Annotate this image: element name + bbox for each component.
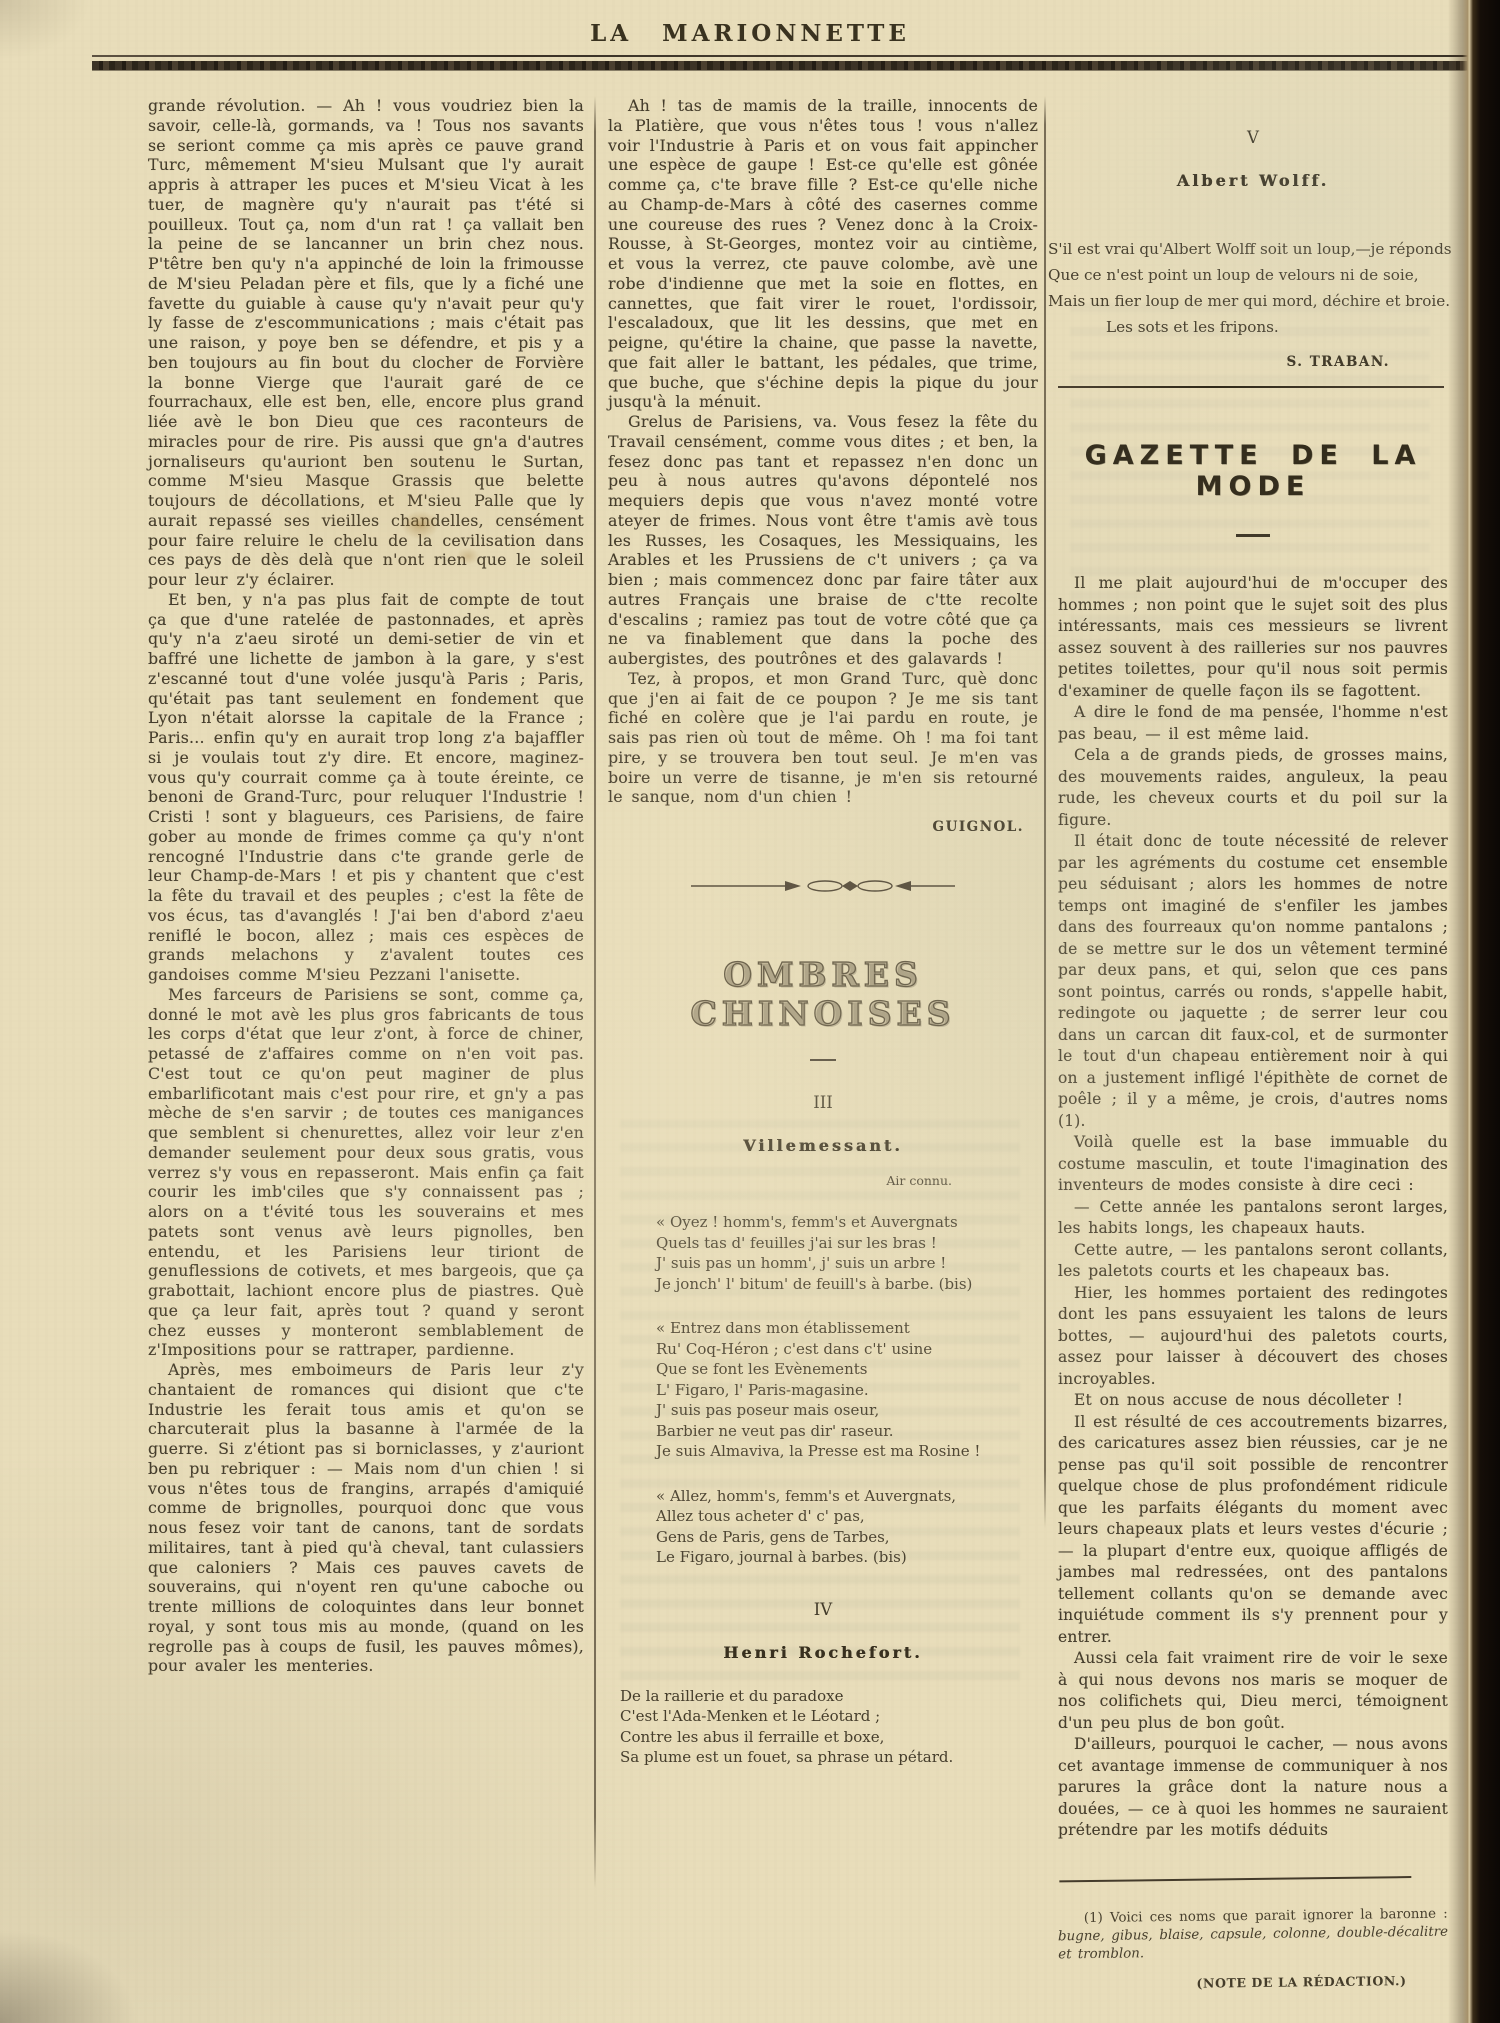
footnote-italic-terms: bugne, gibus, blaise, capsule, colonne, … bbox=[1058, 1924, 1448, 1962]
column-left: grande révolution. — Ah ! vous voudriez … bbox=[148, 96, 584, 1676]
section-name: Albert Wolff. bbox=[1058, 171, 1448, 190]
column-middle: Ah ! tas de mamis de la traille, innocen… bbox=[608, 96, 1038, 1768]
paragraph: Il est résulté de ces accoutrements biza… bbox=[1058, 1412, 1448, 1649]
column-divider bbox=[1044, 96, 1046, 1528]
section-number: IV bbox=[608, 1600, 1038, 1619]
section-name: Henri Rochefort. bbox=[608, 1643, 1038, 1662]
footnote-credit: (NOTE DE LA RÉDACTION.) bbox=[1059, 1973, 1449, 1993]
section-title-ombres-chinoises: OMBRES CHINOISES bbox=[608, 955, 1038, 1033]
verse-line: Sa plume est un fouet, sa phrase un péta… bbox=[620, 1747, 1038, 1768]
verse-line: C'est l'Ada-Menken et le Léotard ; bbox=[620, 1706, 1038, 1727]
fleuron-divider-icon bbox=[689, 875, 957, 897]
paragraph: Cela a de grands pieds, de grosses mains… bbox=[1058, 745, 1448, 831]
poem: S'il est vrai qu'Albert Wolff soit un lo… bbox=[1048, 236, 1452, 340]
paragraph: Voilà quelle est la base immuable du cos… bbox=[1058, 1132, 1448, 1197]
author-signature: S. TRABAN. bbox=[1058, 354, 1448, 370]
verse-line: Allez tous acheter d' c' pas, bbox=[656, 1506, 1038, 1527]
verse-line: Je suis Almaviva, la Presse est ma Rosin… bbox=[656, 1441, 1038, 1462]
paragraph: Il me plait aujourd'hui de m'occuper des… bbox=[1058, 573, 1448, 702]
stanza: De la raillerie et du paradoxe C'est l'A… bbox=[620, 1686, 1038, 1768]
verse-line: Que se font les Evènements bbox=[656, 1359, 1038, 1380]
scan-edge bbox=[1448, 0, 1500, 2023]
verse-line: Je jonch' l' bitum' de feuill's à barbe.… bbox=[656, 1274, 1038, 1295]
verse-line: Le Figaro, journal à barbes. (bis) bbox=[656, 1547, 1038, 1568]
stanza: « Oyez ! homm's, femm's et Auvergnats Qu… bbox=[656, 1212, 1038, 1294]
footnote-text: (1) Voici ces noms que parait ignorer la… bbox=[1058, 1905, 1449, 1964]
paragraph: A dire le fond de ma pensée, l'homme n'e… bbox=[1058, 702, 1448, 745]
footnote: (1) Voici ces noms que parait ignorer la… bbox=[1057, 1875, 1448, 1992]
stanza: « Entrez dans mon établissement Ru' Coq-… bbox=[656, 1318, 1038, 1462]
verse-line: J' suis pas un homm', j' suis un arbre ! bbox=[656, 1253, 1038, 1274]
paragraph: Tez, à propos, et mon Grand Turc, què do… bbox=[608, 669, 1038, 807]
title-dash bbox=[1236, 534, 1270, 537]
author-signature: GUIGNOL. bbox=[608, 819, 1038, 835]
paragraph: Et on nous accuse de nous décolleter ! bbox=[1058, 1390, 1448, 1412]
column-divider bbox=[594, 96, 596, 1888]
section-name: Villemessant. bbox=[608, 1136, 1038, 1155]
verse-line: « Oyez ! homm's, femm's et Auvergnats bbox=[656, 1212, 1038, 1233]
paragraph: — Cette année les pantalons seront large… bbox=[1058, 1197, 1448, 1240]
verse-line: Contre les abus il ferraille et boxe, bbox=[620, 1727, 1038, 1748]
verse-line: Les sots et les fripons. bbox=[1048, 314, 1452, 340]
verse-line: Gens de Paris, gens de Tarbes, bbox=[656, 1527, 1038, 1548]
verse-line: S'il est vrai qu'Albert Wolff soit un lo… bbox=[1048, 236, 1452, 262]
footnote-roman: (1) Voici ces noms que parait ignorer la… bbox=[1084, 1906, 1448, 1925]
paragraph: Grelus de Parisiens, va. Vous fesez la f… bbox=[608, 412, 1038, 669]
verse-line: « Allez, homm's, femm's et Auvergnats, bbox=[656, 1486, 1038, 1507]
paragraph: Cette autre, — les pantalons seront coll… bbox=[1058, 1240, 1448, 1283]
paragraph: Et ben, y n'a pas plus fait de compte de… bbox=[148, 590, 584, 985]
verse-line: « Entrez dans mon établissement bbox=[656, 1318, 1038, 1339]
masthead-rule bbox=[92, 55, 1500, 73]
stanza: « Allez, homm's, femm's et Auvergnats, A… bbox=[656, 1486, 1038, 1568]
page-corner-shadow bbox=[0, 1883, 190, 2023]
section-divider bbox=[810, 1059, 836, 1061]
column-right: V Albert Wolff. S'il est vrai qu'Albert … bbox=[1058, 96, 1448, 1990]
verse-line: Mais un fier loup de mer qui mord, déchi… bbox=[1048, 288, 1452, 314]
verse-line: Quels tas d' feuilles j'ai sur les bras … bbox=[656, 1233, 1038, 1254]
gazette-title: GAZETTE DE LA MODE bbox=[1058, 440, 1448, 502]
paragraph: Ah ! tas de mamis de la traille, innocen… bbox=[608, 96, 1038, 412]
paragraph: Mes farceurs de Parisiens se sont, comme… bbox=[148, 985, 584, 1360]
section-rule bbox=[1058, 386, 1444, 388]
footnote-rule bbox=[1059, 1876, 1411, 1882]
paragraph: D'ailleurs, pourquoi le cacher, — nous a… bbox=[1058, 1734, 1448, 1842]
verse-line: Que ce n'est point un loup de velours ni… bbox=[1048, 262, 1452, 288]
newspaper-page: LA MARIONNETTE grande révolution. — Ah !… bbox=[0, 0, 1500, 2023]
air-note: Air connu. bbox=[608, 1173, 1038, 1188]
verse-line: J' suis pas poseur mais oseur, bbox=[656, 1400, 1038, 1421]
section-number: III bbox=[608, 1093, 1038, 1112]
verse-line: Ru' Coq-Héron ; c'est dans c't' usine bbox=[656, 1339, 1038, 1360]
paragraph: Hier, les hommes portaient des redingote… bbox=[1058, 1283, 1448, 1391]
section-number: V bbox=[1058, 128, 1448, 147]
paragraph: Il était donc de toute nécessité de rele… bbox=[1058, 831, 1448, 1132]
verse-line: De la raillerie et du paradoxe bbox=[620, 1686, 1038, 1707]
paragraph: Aussi cela fait vraiment rire de voir le… bbox=[1058, 1648, 1448, 1734]
verse-line: L' Figaro, l' Paris-magasine. bbox=[656, 1380, 1038, 1401]
verse-line: Barbier ne veut pas dir' raseur. bbox=[656, 1421, 1038, 1442]
paragraph: Après, mes emboimeurs de Paris leur z'y … bbox=[148, 1360, 584, 1676]
masthead-title: LA MARIONNETTE bbox=[100, 20, 1400, 47]
paragraph: grande révolution. — Ah ! vous voudriez … bbox=[148, 96, 584, 590]
